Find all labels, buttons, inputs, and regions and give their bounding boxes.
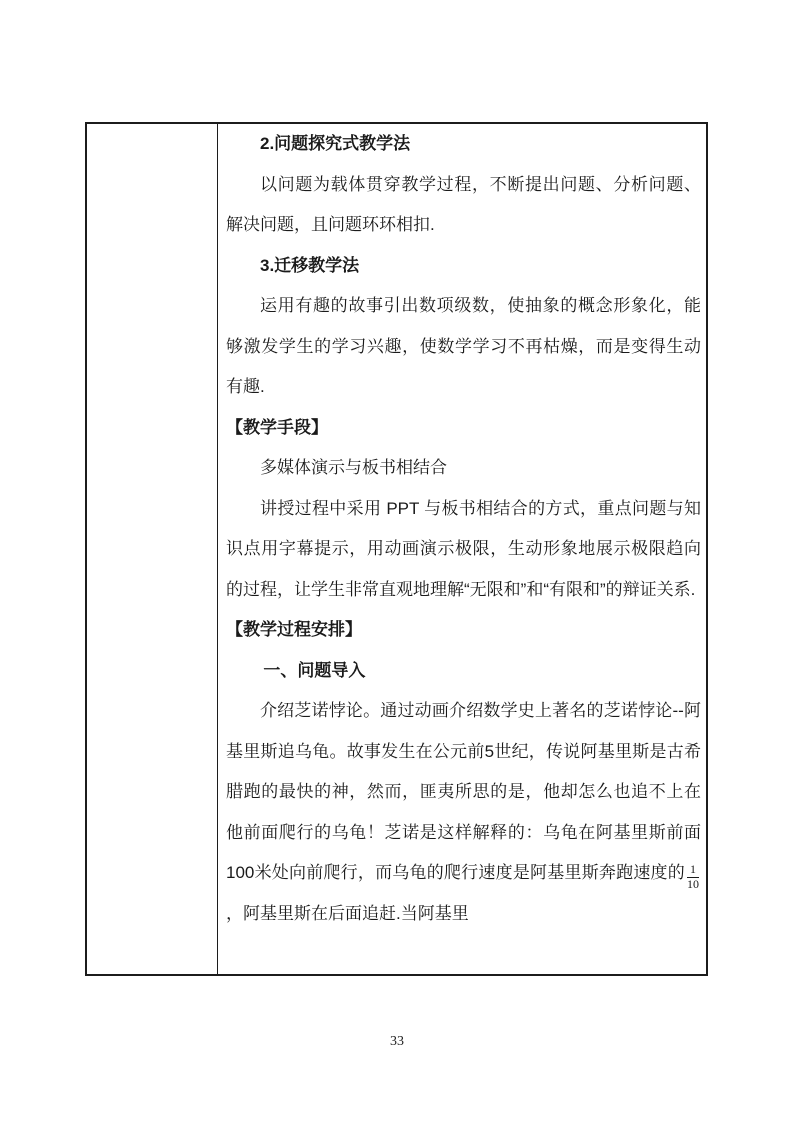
- paragraph-transfer-detail: 运用有趣的故事引出数项级数，使抽象的概念形象化，能够激发学生的学习兴趣，使数学学…: [226, 286, 701, 408]
- zeno-text-after-fraction: ，阿基里斯在后面追赶.当阿基里: [226, 904, 469, 923]
- fraction-one-tenth: 110: [687, 863, 699, 892]
- heading-problem-intro: 一、问题导入: [226, 651, 701, 692]
- heading-teaching-process: 【教学过程安排】: [226, 610, 701, 651]
- heading-teaching-means: 【教学手段】: [226, 408, 701, 449]
- paragraph-ppt-blackboard: 讲授过程中采用 PPT 与板书相结合的方式，重点问题与知识点用字幕提示，用动画演…: [226, 489, 701, 611]
- table-content-cell: 2.问题探究式教学法 以问题为载体贯穿教学过程，不断提出问题、分析问题、解决问题…: [218, 124, 706, 974]
- document-page: 2.问题探究式教学法 以问题为载体贯穿教学过程，不断提出问题、分析问题、解决问题…: [0, 0, 794, 1123]
- fraction-numerator: 1: [687, 863, 699, 878]
- lesson-plan-table: 2.问题探究式教学法 以问题为载体贯穿教学过程，不断提出问题、分析问题、解决问题…: [85, 122, 708, 976]
- heading-problem-inquiry-method: 2.问题探究式教学法: [226, 124, 701, 165]
- page-number: 33: [0, 1034, 794, 1050]
- zeno-text-before-fraction: 介绍芝诺悖论。通过动画介绍数学史上著名的芝诺悖论--阿基里斯追乌龟。故事发生在公…: [226, 701, 701, 882]
- heading-transfer-method: 3.迁移教学法: [226, 246, 701, 287]
- table-left-cell: [87, 124, 218, 974]
- paragraph-multimedia: 多媒体演示与板书相结合: [226, 448, 701, 489]
- fraction-denominator: 10: [687, 878, 699, 892]
- paragraph-zeno-paradox: 介绍芝诺悖论。通过动画介绍数学史上著名的芝诺悖论--阿基里斯追乌龟。故事发生在公…: [226, 691, 701, 934]
- paragraph-problem-inquiry-detail: 以问题为载体贯穿教学过程，不断提出问题、分析问题、解决问题，且问题环环相扣.: [226, 165, 701, 246]
